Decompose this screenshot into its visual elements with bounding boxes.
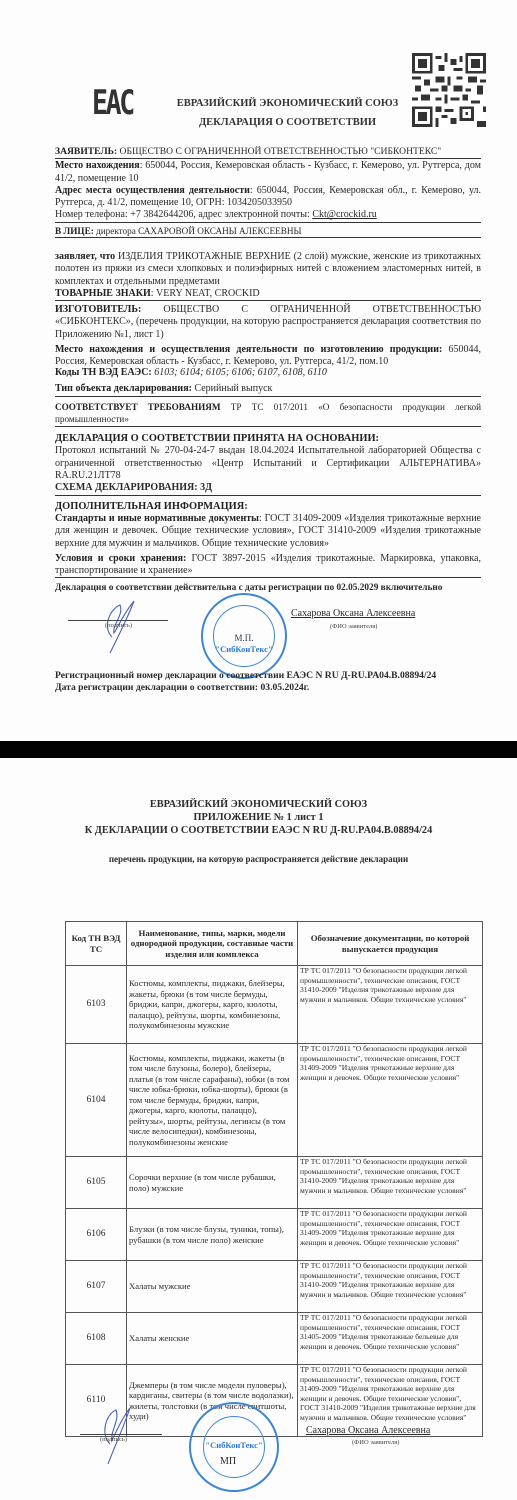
declares-text: заявляет, что ИЗДЕЛИЯ ТРИКОТАЖНЫЕ ВЕРХНИ…	[55, 251, 481, 288]
table-row: 6105 Сорочки верхние (в том числе рубашк…	[66, 1157, 483, 1209]
codes-section: Коды ТН ВЭД ЕАЭС: 6103; 6104; 6105; 6106…	[55, 367, 481, 595]
manufacturer-label: ИЗГОТОВИТЕЛЬ:	[55, 304, 141, 315]
table-row: 6108 Халаты женские ТР ТС 017/2011 "О бе…	[66, 1313, 483, 1365]
declares-value: ИЗДЕЛИЯ ТРИКОТАЖНЫЕ ВЕРХНИЕ (2 слой) муж…	[55, 251, 481, 287]
declares-section: заявляет, что ИЗДЕЛИЯ ТРИКОТАЖНЫЕ ВЕРХНИ…	[55, 251, 481, 369]
products-table: Код ТН ВЭД ТС Наименование, типы, марки,…	[65, 921, 483, 1437]
additional-label: ДОПОЛНИТЕЛЬНАЯ ИНФОРМАЦИЯ:	[55, 501, 248, 512]
stamp-mp-2: МП	[185, 1456, 271, 1467]
basis-label: ДЕКЛАРАЦИЯ О СООТВЕТСТВИИ ПРИНЯТА НА ОСН…	[55, 433, 481, 445]
object-type-label: Тип объекта декларирования:	[55, 383, 192, 394]
appendix-header-union: ЕВРАЗИЙСКИЙ ЭКОНОМИЧЕСКИЙ СОЮЗ	[0, 798, 517, 811]
cell-name: Халаты женские	[127, 1313, 298, 1365]
cell-doc: ТР ТС 017/2011 "О безопасности продукции…	[298, 1209, 483, 1261]
cell-code: 6106	[66, 1209, 127, 1261]
signer-caption-2: (ФИО заявителя)	[352, 1439, 399, 1446]
stamp-name-2: "СибКонТекс"	[191, 1440, 277, 1450]
signer-caption: (ФИО заявителя)	[330, 623, 377, 630]
cell-name: Костюмы, комплекты, пиджаки, блейзеры, ж…	[127, 966, 298, 1044]
registration-block: Регистрационный номер декларации о соотв…	[55, 670, 481, 695]
manufacturer-location-label: Место нахождения и осуществления деятель…	[55, 344, 442, 355]
declaration-page-1: EAC ЕВРАЗИЙСКИЙ ЭКОНОМИЧЕСКИЙ СОЮЗ ДЕКЛА…	[0, 0, 517, 741]
cell-code: 6103	[66, 966, 127, 1044]
email-link[interactable]: Ckt@crockid.ru	[312, 209, 376, 220]
person-value: директора САХАРОВОЙ ОКСАНЫ АЛЕКСЕЕВНЫ	[96, 226, 301, 236]
page-separator	[0, 741, 517, 758]
table-row: 6106 Блузки (в том числе блузы, туники, …	[66, 1209, 483, 1261]
cell-code: 6108	[66, 1313, 127, 1365]
scheme-line: СХЕМА ДЕКЛАРИРОВАНИЯ: 3Д	[55, 482, 481, 495]
signature-line-2	[80, 1434, 162, 1435]
person-line: В ЛИЦЕ: директора САХАРОВОЙ ОКСАНЫ АЛЕКС…	[55, 223, 481, 238]
storage-block: Условия и сроки хранения: ГОСТ 3897-2015…	[55, 553, 481, 579]
cell-doc: ТР ТС 017/2011 "О безопасности продукции…	[298, 1261, 483, 1313]
table-header-row: Код ТН ВЭД ТС Наименование, типы, марки,…	[66, 922, 483, 966]
trademarks-value: : VERY NEAT, CROCKID	[151, 288, 260, 299]
signature-line	[68, 620, 168, 621]
storage-label: Условия и сроки хранения:	[55, 553, 186, 564]
codes-label: Коды ТН ВЭД ЕАЭС:	[55, 367, 152, 378]
cell-name: Блузки (в том числе блузы, туники, топы)…	[127, 1209, 298, 1261]
column-header-name: Наименование, типы, марки, модели одноро…	[127, 922, 298, 966]
validity-line: Декларация о соответствии действительна …	[55, 582, 481, 594]
header-declaration: ДЕКЛАРАЦИЯ О СООТВЕТСТВИИ	[170, 113, 405, 132]
table-row: 6107 Халаты мужские ТР ТС 017/2011 "О бе…	[66, 1261, 483, 1313]
company-stamp: М.П. "СибКонТекс"	[201, 593, 287, 679]
standards-block: Стандарты и иные нормативные документы: …	[55, 513, 481, 550]
cell-doc: ТР ТС 017/2011 "О безопасности продукции…	[298, 1044, 483, 1157]
applicant-section: ЗАЯВИТЕЛЬ: ОБЩЕСТВО С ОГРАНИЧЕННОЙ ОТВЕТ…	[55, 146, 481, 238]
signer-name-2: Сахарова Оксана Алексеевна	[306, 1425, 430, 1436]
signer-name: Сахарова Оксана Алексеевна	[291, 608, 415, 619]
eac-logo: EAC	[92, 86, 133, 120]
cell-doc: ТР ТС 017/2011 "О безопасности продукции…	[298, 1313, 483, 1365]
appendix-header: ЕВРАЗИЙСКИЙ ЭКОНОМИЧЕСКИЙ СОЮЗ ПРИЛОЖЕНИ…	[0, 798, 517, 837]
codes-value: 6103; 6104; 6105; 6106; 6107, 6108, 6110	[154, 367, 327, 378]
cell-name: Костюмы, комплекты, пиджаки, жакеты (в т…	[127, 1044, 298, 1157]
applicant-label: ЗАЯВИТЕЛЬ:	[55, 146, 117, 157]
basis-heading: ДЕКЛАРАЦИЯ О СООТВЕТСТВИИ ПРИНЯТА НА ОСН…	[55, 433, 379, 444]
qr-code-icon	[412, 52, 486, 128]
registration-number: Регистрационный номер декларации о соотв…	[55, 670, 481, 682]
complies-label: СООТВЕТСТВУЕТ ТРЕБОВАНИЯМ	[55, 402, 221, 412]
appendix-header-sheet: ПРИЛОЖЕНИЕ № 1 лист 1	[0, 811, 517, 824]
cell-doc: ТР ТС 017/2011 "О безопасности продукции…	[298, 1157, 483, 1209]
appendix-header-ref: К ДЕКЛАРАЦИИ О СООТВЕТСТВИИ ЕАЭС N RU Д-…	[0, 824, 517, 837]
contact-line: Номер телефона: +7 3842644206, адрес эле…	[55, 209, 481, 222]
column-header-code: Код ТН ВЭД ТС	[66, 922, 127, 966]
applicant-line: ЗАЯВИТЕЛЬ: ОБЩЕСТВО С ОГРАНИЧЕННОЙ ОТВЕТ…	[55, 146, 481, 159]
table-row: 6103 Костюмы, комплекты, пиджаки, блейзе…	[66, 966, 483, 1044]
manufacturer-location: Место нахождения и осуществления деятель…	[55, 344, 481, 369]
person-label: В ЛИЦЕ:	[55, 226, 94, 236]
table-row: 6104 Костюмы, комплекты, пиджаки, жакеты…	[66, 1044, 483, 1157]
company-stamp-2: "СибКонТекс" МП	[189, 1402, 279, 1492]
location-label: Место нахождения	[55, 160, 140, 171]
manufacturer-block: ИЗГОТОВИТЕЛЬ: ОБЩЕСТВО С ОГРАНИЧЕННОЙ ОТ…	[55, 304, 481, 341]
object-type-value: Серийный выпуск	[194, 383, 272, 394]
additional-heading: ДОПОЛНИТЕЛЬНАЯ ИНФОРМАЦИЯ:	[55, 501, 481, 513]
applicant-location: Место нахождения: 650044, Россия, Кемеро…	[55, 160, 481, 185]
codes-line: Коды ТН ВЭД ЕАЭС: 6103; 6104; 6105; 6106…	[55, 367, 481, 379]
cell-code: 6104	[66, 1044, 127, 1157]
applicant-name: ОБЩЕСТВО С ОГРАНИЧЕННОЙ ОТВЕТСТВЕННОСТЬЮ…	[120, 146, 442, 157]
stamp-mp: М.П.	[203, 633, 285, 643]
cell-name: Сорочки верхние (в том числе рубашки, по…	[127, 1157, 298, 1209]
object-type-line: Тип объекта декларирования: Серийный вып…	[55, 383, 481, 396]
basis-value: Протокол испытаний № 270-04-24-7 выдан 1…	[55, 445, 481, 482]
appendix-subtitle: перечень продукции, на которую распростр…	[0, 853, 517, 866]
signature-icon	[92, 1404, 142, 1466]
trademarks-line: ТОВАРНЫЕ ЗНАКИ: VERY NEAT, CROCKID	[55, 288, 481, 301]
trademarks-label: ТОВАРНЫЕ ЗНАКИ	[55, 288, 151, 299]
registration-date: Дата регистрации декларации о соответств…	[55, 682, 481, 694]
phone-text: Номер телефона: +7 3842644206, адрес эле…	[55, 209, 312, 220]
activity-label: Адрес места осуществления деятельности	[55, 185, 250, 196]
cell-code: 6107	[66, 1261, 127, 1313]
cell-code: 6105	[66, 1157, 127, 1209]
stamp-name: "СибКонТекс"	[203, 644, 285, 654]
page-header: ЕВРАЗИЙСКИЙ ЭКОНОМИЧЕСКИЙ СОЮЗ ДЕКЛАРАЦИ…	[170, 94, 405, 132]
standards-label: Стандарты и иные нормативные документы	[55, 513, 259, 524]
column-header-doc: Обозначение документации, по которой вып…	[298, 922, 483, 966]
declares-label: заявляет, что	[55, 251, 115, 262]
applicant-activity-address: Адрес места осуществления деятельности: …	[55, 185, 481, 210]
cell-name: Халаты мужские	[127, 1261, 298, 1313]
signature-caption-2: (подпись)	[100, 1436, 127, 1443]
signature-caption: (подпись)	[105, 622, 132, 629]
complies-line: СООТВЕТСТВУЕТ ТРЕБОВАНИЯМ ТР ТС 017/2011…	[55, 401, 481, 428]
header-union: ЕВРАЗИЙСКИЙ ЭКОНОМИЧЕСКИЙ СОЮЗ	[170, 94, 405, 113]
cell-doc: ТР ТС 017/2011 "О безопасности продукции…	[298, 966, 483, 1044]
